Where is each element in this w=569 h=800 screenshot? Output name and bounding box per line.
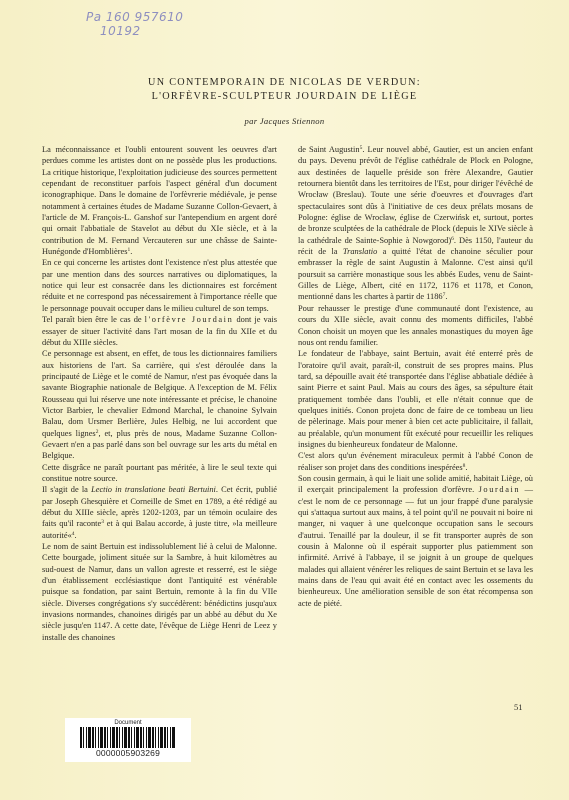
italic-title: Lectio in translatione beati Bertuini <box>91 485 216 494</box>
paragraph-text: Il s'agit de la <box>42 485 91 494</box>
barcode-number: 0000005903269 <box>65 748 191 759</box>
paragraph: Son cousin germain, à qui le liait une s… <box>298 473 533 609</box>
title-line-2: L'ORFÈVRE-SCULPTEUR JOURDAIN DE LIÈGE <box>0 90 569 104</box>
paragraph-text: . <box>445 292 447 301</box>
italic-title: Translatio <box>343 247 377 256</box>
paragraph: Pour rehausser le prestige d'une communa… <box>298 303 533 348</box>
article-author: par Jacques Stiennon <box>0 116 569 126</box>
paragraph: C'est alors qu'un événement miraculeux p… <box>298 450 533 473</box>
paragraph-text: . <box>465 463 467 472</box>
spaced-emphasis: Jourdain <box>479 485 521 494</box>
paragraph: Il s'agit de la Lectio in translatione b… <box>42 484 277 541</box>
barcode-title: Document <box>65 718 191 727</box>
paragraph-text: — c'est le nom de ce personnage — fut un… <box>298 485 533 607</box>
paragraph-text: La méconnaissance et l'oubli entourent s… <box>42 145 277 256</box>
right-column: de Saint Augustin5. Leur nouvel abbé, Ga… <box>298 144 533 609</box>
article-title: UN CONTEMPORAIN DE NICOLAS DE VERDUN: L'… <box>0 76 569 104</box>
paragraph-text: Ce personnage est absent, en effet, de t… <box>42 349 277 437</box>
paragraph-text: . Leur nouvel abbé, Gautier, est un anci… <box>298 145 533 245</box>
paragraph: Cette disgrâce ne paraît pourtant pas mé… <box>42 462 277 485</box>
paragraph: Le nom de saint Bertuin est indissoluble… <box>42 541 277 643</box>
paragraph-text: Tel paraît bien être le cas de <box>42 315 145 324</box>
paragraph: Ce personnage est absent, en effet, de t… <box>42 348 277 461</box>
title-line-1: UN CONTEMPORAIN DE NICOLAS DE VERDUN: <box>0 76 569 90</box>
paragraph-text: C'est alors qu'un événement miraculeux p… <box>298 451 533 471</box>
spaced-emphasis: l'orfèvre Jourdain <box>145 315 234 324</box>
handwritten-line-1: Pa 160 957610 <box>86 10 183 24</box>
handwritten-line-2: 10192 <box>86 24 183 38</box>
paragraph: En ce qui concerne les artistes dont l'e… <box>42 257 277 314</box>
paragraph: Tel paraît bien être le cas de l'orfèvre… <box>42 314 277 348</box>
paragraph: La méconnaissance et l'oubli entourent s… <box>42 144 277 257</box>
paragraph: de Saint Augustin5. Leur nouvel abbé, Ga… <box>298 144 533 303</box>
page-number: 51 <box>514 702 523 712</box>
handwritten-catalog-note: Pa 160 957610 10192 <box>86 10 183 38</box>
footnote-ref: 1 <box>127 247 130 253</box>
barcode-bars-icon <box>80 727 176 748</box>
left-column: La méconnaissance et l'oubli entourent s… <box>42 144 277 643</box>
paragraph: Le fondateur de l'abbaye, saint Bertuin,… <box>298 348 533 450</box>
paragraph-text: . <box>75 531 77 540</box>
barcode-label: Document 0000005903269 <box>65 718 191 762</box>
paragraph-text: de Saint Augustin <box>298 145 360 154</box>
